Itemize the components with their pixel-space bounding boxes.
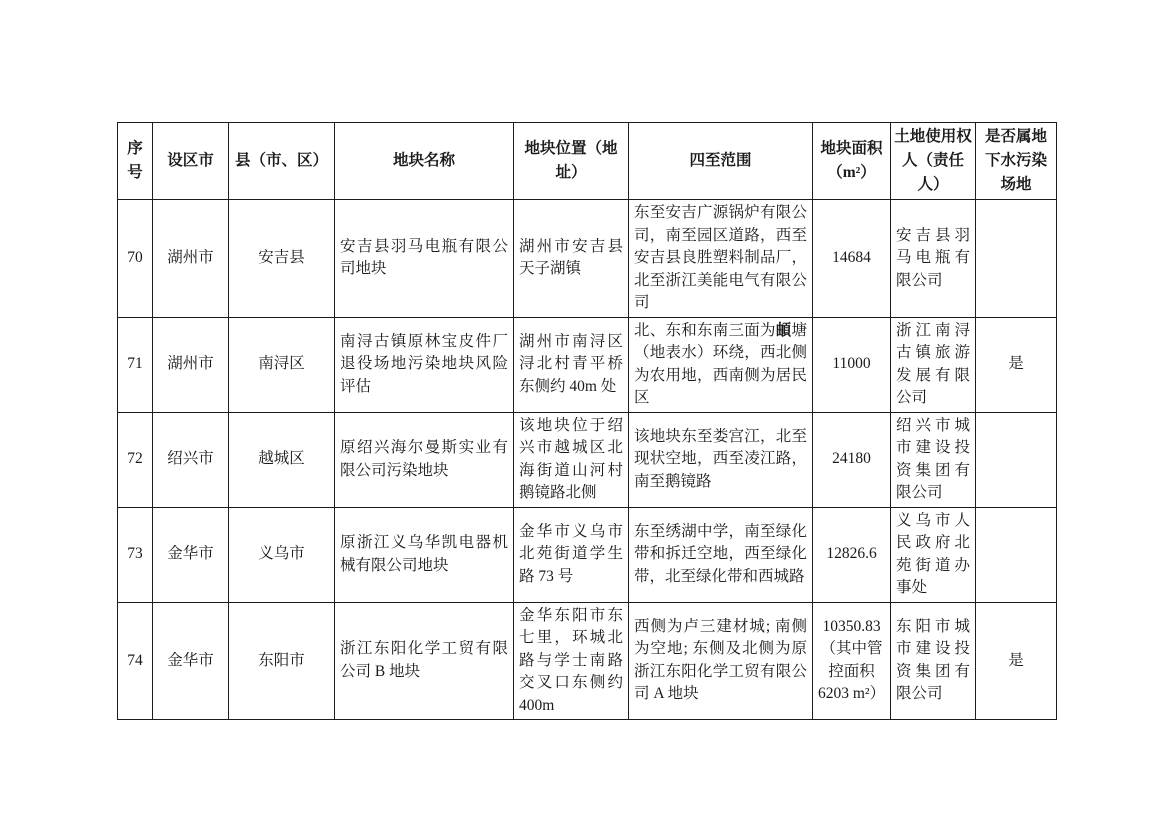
cell-boundaries: 该地块东至娄宫江，北至现状空地，西至凌江路，南至鹅镜路 [629, 412, 813, 507]
header-boundaries: 四至范围 [629, 123, 813, 200]
boundaries-rare-char: 頔 [776, 322, 792, 339]
header-location: 地块位置（地址） [514, 123, 629, 200]
cell-land-user: 安吉县羽马电瓶有限公司 [891, 200, 976, 318]
header-groundwater: 是否属地下水污染场地 [976, 123, 1057, 200]
cell-serial: 70 [118, 200, 153, 318]
header-plot-name: 地块名称 [335, 123, 514, 200]
cell-boundaries: 东至安吉广源锅炉有限公司，南至园区道路，西至安吉县良胜塑料制品厂，北至浙江美能电… [629, 200, 813, 318]
cell-land-user: 浙江南浔古镇旅游发展有限公司 [891, 317, 976, 412]
header-area: 地块面积（m²） [813, 123, 891, 200]
boundaries-text-pre: 北、东和东南三面为 [634, 322, 776, 339]
cell-area: 11000 [813, 317, 891, 412]
cell-serial: 71 [118, 317, 153, 412]
table-row: 73 金华市 义乌市 原浙江义乌华凯电器机械有限公司地块 金华市义乌市北苑街道学… [118, 507, 1057, 602]
cell-city: 金华市 [153, 507, 229, 602]
cell-city: 绍兴市 [153, 412, 229, 507]
cell-plot-name: 原浙江义乌华凯电器机械有限公司地块 [335, 507, 514, 602]
cell-county: 义乌市 [229, 507, 335, 602]
cell-county: 东阳市 [229, 602, 335, 720]
table-row: 70 湖州市 安吉县 安吉县羽马电瓶有限公司地块 湖州市安吉县天子湖镇 东至安吉… [118, 200, 1057, 318]
cell-serial: 72 [118, 412, 153, 507]
cell-plot-name: 安吉县羽马电瓶有限公司地块 [335, 200, 514, 318]
cell-location: 金华东阳市东七里，环城北路与学士南路交叉口东侧约 400m [514, 602, 629, 720]
cell-groundwater [976, 507, 1057, 602]
cell-county: 安吉县 [229, 200, 335, 318]
cell-boundaries: 东至绣湖中学，南至绿化带和拆迁空地，西至绿化带，北至绿化带和西城路 [629, 507, 813, 602]
cell-city: 湖州市 [153, 317, 229, 412]
table-row: 74 金华市 东阳市 浙江东阳化学工贸有限公司 B 地块 金华东阳市东七里，环城… [118, 602, 1057, 720]
header-row: 序 号 设区市 县（市、区） 地块名称 地块位置（地址） 四至范围 地块面积（m… [118, 123, 1057, 200]
cell-area: 12826.6 [813, 507, 891, 602]
cell-plot-name: 浙江东阳化学工贸有限公司 B 地块 [335, 602, 514, 720]
cell-county: 越城区 [229, 412, 335, 507]
header-city: 设区市 [153, 123, 229, 200]
table-row: 72 绍兴市 越城区 原绍兴海尔曼斯实业有限公司污染地块 该地块位于绍兴市越城区… [118, 412, 1057, 507]
cell-area: 24180 [813, 412, 891, 507]
cell-serial: 74 [118, 602, 153, 720]
cell-serial: 73 [118, 507, 153, 602]
cell-area: 10350.83（其中管控面积 6203 m²） [813, 602, 891, 720]
cell-land-user: 绍兴市城市建设投资集团有限公司 [891, 412, 976, 507]
header-serial: 序 号 [118, 123, 153, 200]
cell-county: 南浔区 [229, 317, 335, 412]
table-row: 71 湖州市 南浔区 南浔古镇原林宝皮件厂退役场地污染地块风险评估 湖州市南浔区… [118, 317, 1057, 412]
cell-land-user: 义乌市人民政府北苑街道办事处 [891, 507, 976, 602]
cell-groundwater: 是 [976, 317, 1057, 412]
cell-land-user: 东阳市城市建设投资集团有限公司 [891, 602, 976, 720]
cell-location: 金华市义乌市北苑街道学生路 73 号 [514, 507, 629, 602]
land-plots-table: 序 号 设区市 县（市、区） 地块名称 地块位置（地址） 四至范围 地块面积（m… [117, 122, 1057, 720]
cell-city: 金华市 [153, 602, 229, 720]
cell-boundaries: 北、东和东南三面为頔塘（地表水）环绕，西北侧为农用地，西南侧为居民区 [629, 317, 813, 412]
cell-groundwater: 是 [976, 602, 1057, 720]
cell-plot-name: 南浔古镇原林宝皮件厂退役场地污染地块风险评估 [335, 317, 514, 412]
cell-city: 湖州市 [153, 200, 229, 318]
cell-groundwater [976, 412, 1057, 507]
cell-location: 湖州市安吉县天子湖镇 [514, 200, 629, 318]
header-land-user: 土地使用权人（责任人） [891, 123, 976, 200]
cell-location: 湖州市南浔区浔北村青平桥东侧约 40m 处 [514, 317, 629, 412]
cell-boundaries: 西侧为卢三建材城; 南侧为空地; 东侧及北侧为原浙江东阳化学工贸有限公司 A 地… [629, 602, 813, 720]
cell-groundwater [976, 200, 1057, 318]
cell-plot-name: 原绍兴海尔曼斯实业有限公司污染地块 [335, 412, 514, 507]
cell-area: 14684 [813, 200, 891, 318]
header-county: 县（市、区） [229, 123, 335, 200]
cell-location: 该地块位于绍兴市越城区北海街道山河村鹅镜路北侧 [514, 412, 629, 507]
